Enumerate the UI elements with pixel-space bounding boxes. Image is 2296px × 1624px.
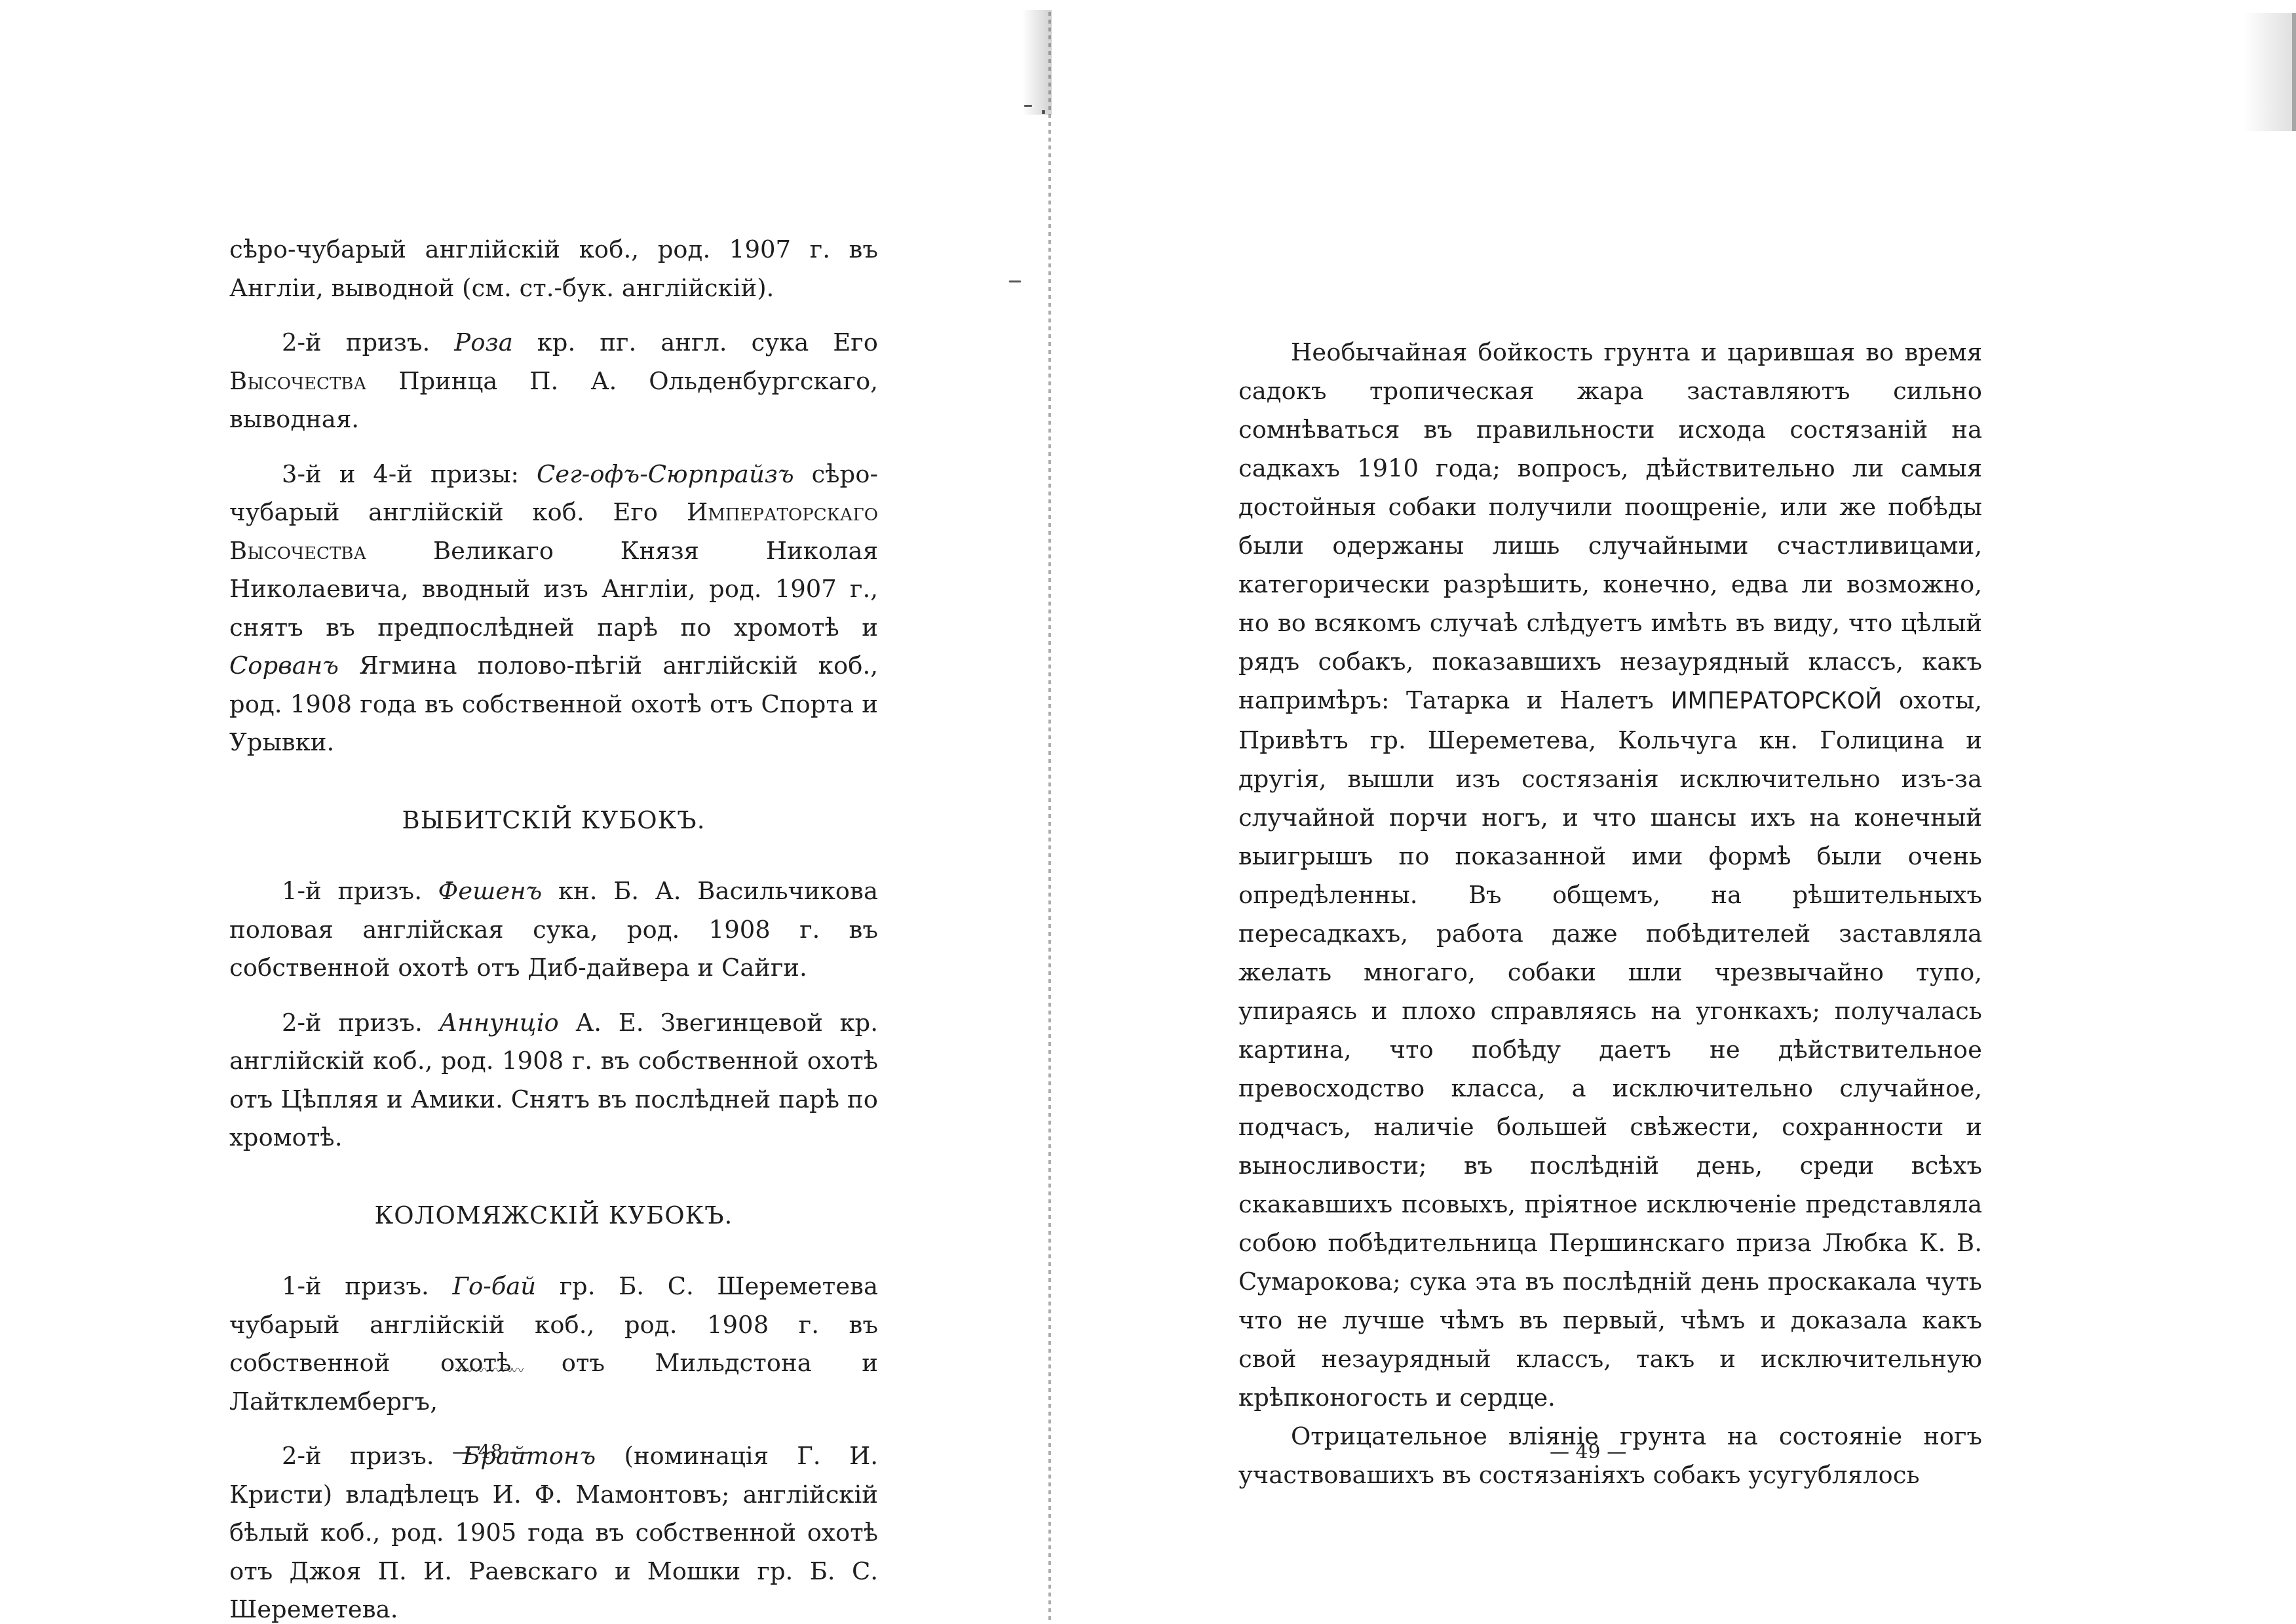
page-number: — 49 — xyxy=(1550,1440,1626,1463)
text-run: сѣро-чубарый англійскій коб., род. 1907 … xyxy=(229,235,878,302)
paragraph-third-fourth-prize: 3-й и 4-й призы: Сег-офъ-Сюрпрайзъ сѣро-… xyxy=(229,455,878,762)
dog-name: Аннунціо xyxy=(439,1009,559,1037)
dog-name: Сег-офъ-Сюрпрайзъ xyxy=(537,460,794,488)
text-run: 1-й призъ. xyxy=(282,1272,452,1300)
title-smallcaps: Высочества xyxy=(229,367,366,395)
right-page: Необычайная бойкость грунта и царившая в… xyxy=(1062,0,2296,1624)
section-heading-kolomyazhsky-cup: КОЛОМЯЖСКІЙ КУБОКЪ. xyxy=(229,1197,878,1235)
ornamental-rule: 〰〰〰〰〰〰 xyxy=(455,1366,573,1374)
scan-speck xyxy=(1042,110,1045,114)
paragraph-prize: 1-й призъ. Го-бай гр. Б. С. Шереметева ч… xyxy=(229,1267,878,1421)
text-run: Необычайная бойкость грунта и царившая в… xyxy=(1238,338,1982,714)
caps-emphasis: ИМПЕРАТОРСКОЙ xyxy=(1670,688,1882,714)
text-run: 2-й призъ. xyxy=(282,328,454,357)
paragraph-main: Необычайная бойкость грунта и царившая в… xyxy=(1238,333,1982,1417)
text-run: кр. пг. англ. сука Его xyxy=(513,328,878,357)
paragraph-prize: 2-й призъ. Аннунціо А. Е. Звегинцевой кр… xyxy=(229,1004,878,1157)
text-run: 2-й призъ. xyxy=(282,1442,463,1470)
dog-name: Го-бай xyxy=(452,1272,536,1300)
left-page: сѣро-чубарый англійскій коб., род. 1907 … xyxy=(0,0,1062,1624)
book-gutter xyxy=(1048,12,1051,1624)
page-number: — 48 — xyxy=(452,1440,529,1463)
dog-name: Сорванъ xyxy=(229,651,339,680)
scan-speck xyxy=(1009,280,1021,282)
text-run: охоты, Привѣтъ гр. Шереметева, Кольчуга … xyxy=(1238,686,1982,1412)
paragraph-prize: 1-й призъ. Фешенъ кн. Б. А. Васильчикова… xyxy=(229,872,878,988)
gutter-shadow xyxy=(1022,10,1052,115)
paragraph-second-prize: 2-й призъ. Роза кр. пг. англ. сука Его В… xyxy=(229,324,878,439)
page-edge-shadow xyxy=(2244,13,2296,131)
scan-speck xyxy=(1024,105,1032,107)
text-run: 2-й призъ. xyxy=(282,1009,439,1037)
dog-name: Роза xyxy=(454,328,512,357)
paragraph-continuation: сѣро-чубарый англійскій коб., род. 1907 … xyxy=(229,231,878,307)
paragraph-prize: 2-й призъ. Брайтонъ (номинація Г. И. Кри… xyxy=(229,1437,878,1624)
dog-name: Фешенъ xyxy=(438,877,543,905)
text-run: 3-й и 4-й призы: xyxy=(282,460,537,488)
left-page-text: сѣро-чубарый англійскій коб., род. 1907 … xyxy=(229,231,878,1624)
text-run: 1-й призъ. xyxy=(282,877,438,905)
right-page-text: Необычайная бойкость грунта и царившая в… xyxy=(1238,333,1982,1494)
section-heading-vybitsky-cup: ВЫБИТСКІЙ КУБОКЪ. xyxy=(229,802,878,840)
